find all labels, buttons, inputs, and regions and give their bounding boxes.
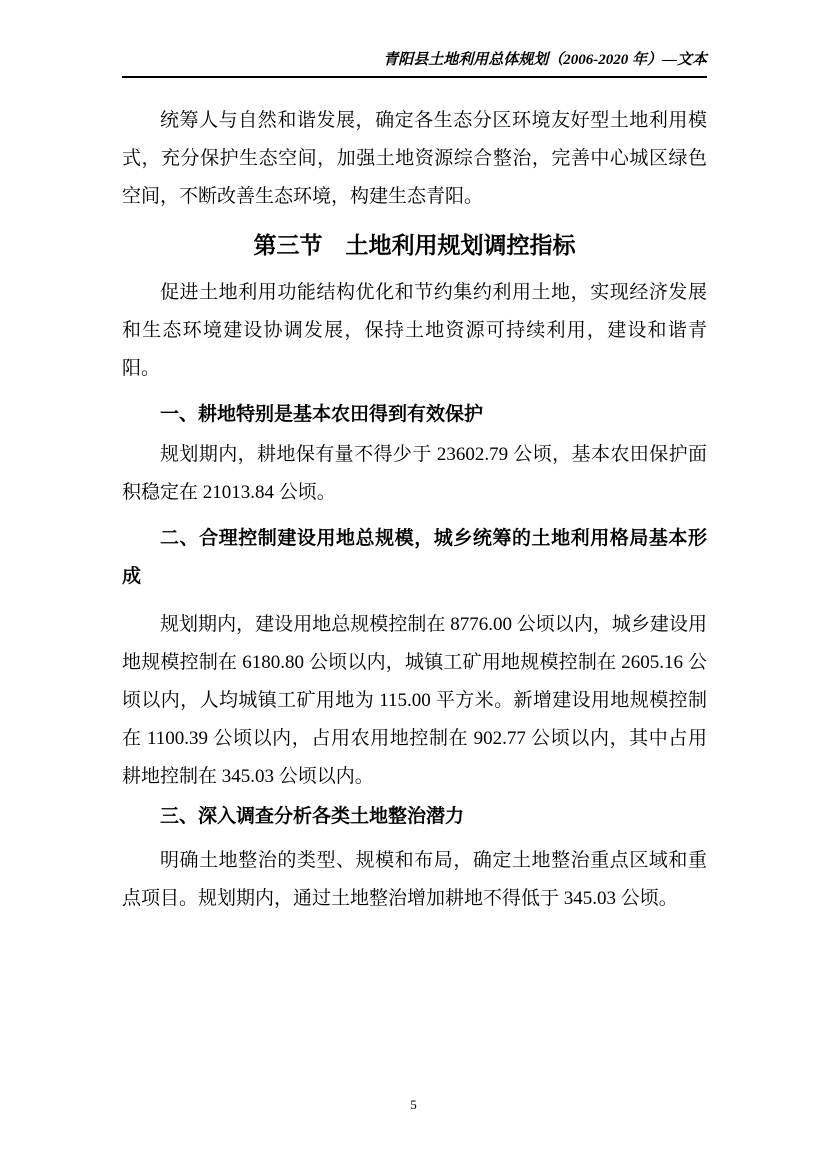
subsection-1-body: 规划期内，耕地保有量不得少于 23602.79 公顷，基本农田保护面积稳定在 2… — [122, 436, 707, 512]
header-running-title: 青阳县土地利用总体规划（2006-2020 年）—文本 — [122, 50, 707, 70]
section-intro-paragraph: 促进土地利用功能结构优化和节约集约利用土地，实现经济发展和生态环境建设协调发展，… — [122, 274, 707, 388]
document-content: 统筹人与自然和谐发展，确定各生态分区环境友好型土地利用模式，充分保护生态空间，加… — [122, 78, 707, 918]
document-page: 青阳县土地利用总体规划（2006-2020 年）—文本 统筹人与自然和谐发展，确… — [0, 0, 827, 1169]
page-number: 5 — [410, 1097, 417, 1112]
intro-paragraph: 统筹人与自然和谐发展，确定各生态分区环境友好型土地利用模式，充分保护生态空间，加… — [122, 102, 707, 216]
subsection-3-body: 明确土地整治的类型、规模和布局，确定土地整治重点区域和重点项目。规划期内，通过土… — [122, 842, 707, 918]
section-title: 第三节 土地利用规划调控指标 — [122, 224, 707, 266]
subsection-3-heading: 三、深入调查分析各类土地整治潜力 — [122, 798, 707, 836]
subsection-2-body: 规划期内，建设用地总规模控制在 8776.00 公顷以内，城乡建设用地规模控制在… — [122, 606, 707, 796]
subsection-1-heading: 一、耕地特别是基本农田得到有效保护 — [122, 396, 707, 434]
subsection-2-heading: 二、合理控制建设用地总规模，城乡统筹的土地利用格局基本形成 — [122, 520, 707, 596]
page-header: 青阳县土地利用总体规划（2006-2020 年）—文本 — [122, 0, 707, 78]
page-footer: 5 — [0, 1096, 827, 1114]
